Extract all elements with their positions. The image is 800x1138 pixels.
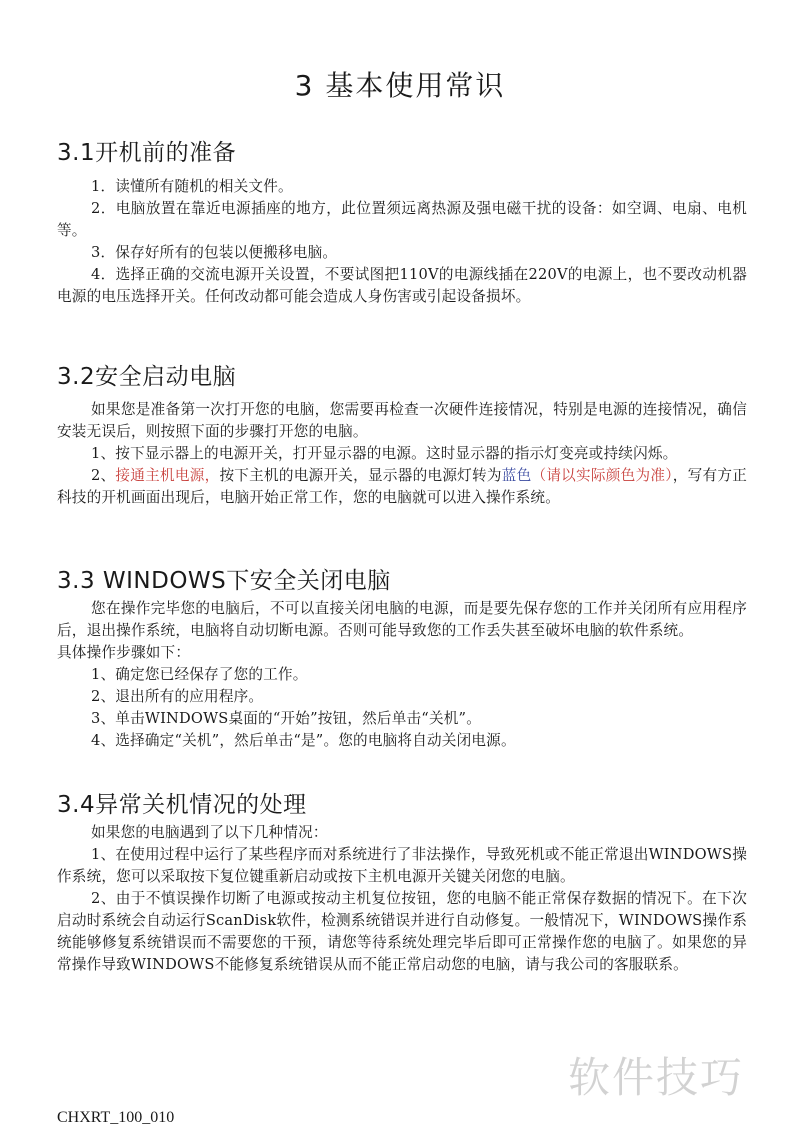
list-item: 2、退出所有的应用程序。 (57, 686, 747, 708)
page-title: 3 基本使用常识 (0, 64, 800, 104)
paragraph: 1、按下显示器上的电源开关，打开显示器的电源。这时显示器的指示灯变亮或持续闪烁。 (57, 443, 747, 465)
steps-label: 具体操作步骤如下： (57, 642, 747, 664)
paragraph: 您在操作完毕您的电脑后，不可以直接关闭电脑的电源，而是要先保存您的工作并关闭所有… (57, 598, 747, 642)
step-text: 按下主机的电源开关，显示器的电源灯转为 (219, 467, 501, 484)
section-heading-3-2: 3.2安全启动电脑 (57, 358, 236, 391)
section-heading-3-3: 3.3 WINDOWS下安全关闭电脑 (57, 562, 391, 595)
paragraph-step-2: 2、接通主机电源，按下主机的电源开关，显示器的电源灯转为蓝色（请以实际颜色为准）… (57, 465, 747, 509)
paragraph: 1．读懂所有随机的相关文件。 (57, 176, 747, 198)
highlight-red-text: 接通主机电源， (115, 467, 219, 484)
paragraph: 如果您的电脑遇到了以下几种情况： (57, 822, 747, 844)
paragraph: 4．选择正确的交流电源开关设置，不要试图把110V的电源线插在220V的电源上，… (57, 264, 747, 308)
list-item: 3、单击WINDOWS桌面的“开始”按钮，然后单击“关机”。 (57, 708, 747, 730)
section-heading-3-4: 3.4异常关机情况的处理 (57, 786, 307, 819)
section-heading-3-1: 3.1开机前的准备 (57, 134, 236, 167)
section-body-3-3: 您在操作完毕您的电脑后，不可以直接关闭电脑的电源，而是要先保存您的工作并关闭所有… (57, 598, 747, 752)
highlight-red-note: （请以实际颜色为准） (531, 467, 672, 484)
paragraph: 3．保存好所有的包装以便搬移电脑。 (57, 242, 747, 264)
paragraph: 1、在使用过程中运行了某些程序而对系统进行了非法操作，导致死机或不能正常退出WI… (57, 844, 747, 888)
list-item: 4、选择确定“关机”，然后单击“是”。您的电脑将自动关闭电源。 (57, 730, 747, 752)
step-prefix: 2、 (91, 467, 115, 484)
paragraph: 如果您是准备第一次打开您的电脑，您需要再检查一次硬件连接情况，特别是电源的连接情… (57, 399, 747, 443)
paragraph: 2、由于不慎误操作切断了电源或按动主机复位按钮，您的电脑不能正常保存数据的情况下… (57, 888, 747, 976)
watermark: 软件技巧 (568, 1045, 744, 1105)
section-body-3-4: 如果您的电脑遇到了以下几种情况： 1、在使用过程中运行了某些程序而对系统进行了非… (57, 822, 747, 976)
paragraph: 2．电脑放置在靠近电源插座的地方，此位置须远离热源及强电磁干扰的设备：如空调、电… (57, 198, 747, 242)
list-item: 1、确定您已经保存了您的工作。 (57, 664, 747, 686)
section-body-3-2: 如果您是准备第一次打开您的电脑，您需要再检查一次硬件连接情况，特别是电源的连接情… (57, 399, 747, 509)
footer-document-code: CHXRT_100_010 (57, 1109, 174, 1127)
highlight-blue-text: 蓝色 (502, 467, 532, 484)
section-body-3-1: 1．读懂所有随机的相关文件。 2．电脑放置在靠近电源插座的地方，此位置须远离热源… (57, 176, 747, 308)
